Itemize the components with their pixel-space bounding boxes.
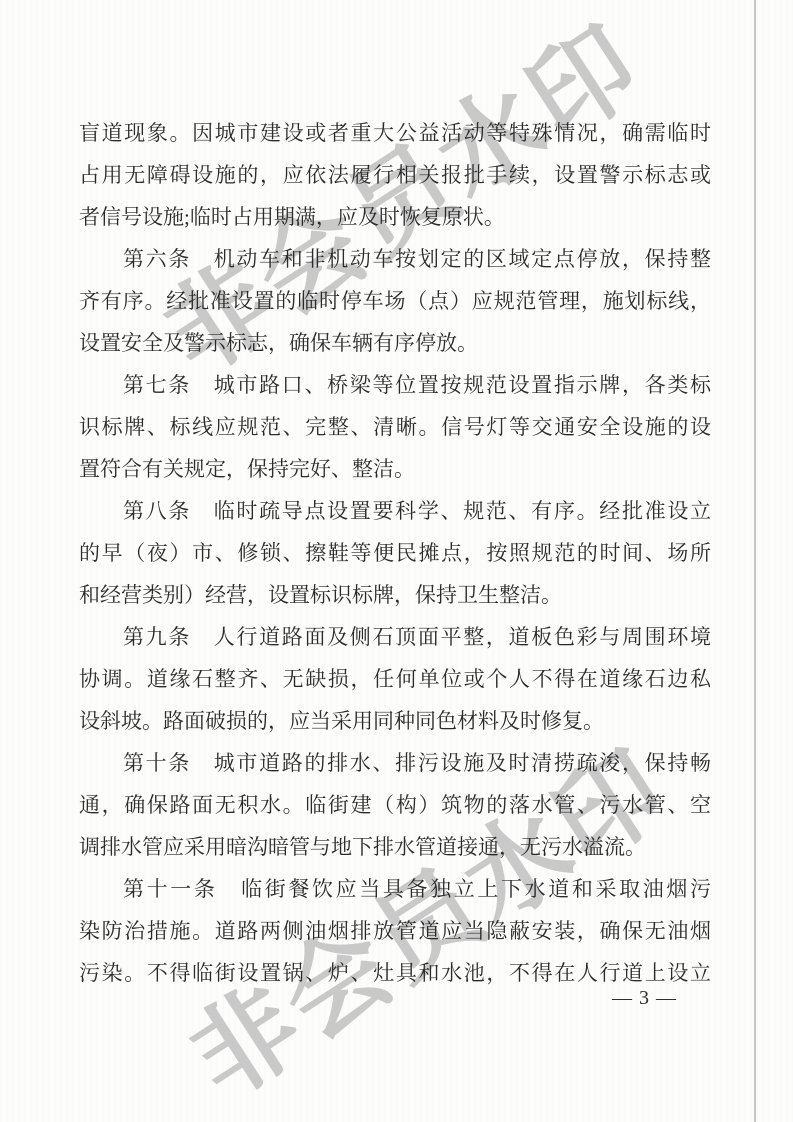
text-line: 第九条 人行道路面及侧石顶面平整，道板色彩与周围环境 xyxy=(79,616,711,658)
text-line: 占用无障碍设施的，应依法履行相关报批手续，设置警示标志或 xyxy=(79,154,711,196)
text-line: 调排水管应采用暗沟暗管与地下排水管道接通，无污水溢流。 xyxy=(79,826,711,868)
document-lines: 盲道现象。因城市建设或者重大公益活动等特殊情况，确需临时占用无障碍设施的，应依法… xyxy=(79,112,711,994)
text-line: 盲道现象。因城市建设或者重大公益活动等特殊情况，确需临时 xyxy=(79,112,711,154)
text-line: 设斜坡。路面破损的，应当采用同种同色材料及时修复。 xyxy=(79,700,711,742)
text-line: 置符合有关规定，保持完好、整洁。 xyxy=(79,448,711,490)
text-line: 和经营类别）经营，设置标识标牌，保持卫生整洁。 xyxy=(79,574,711,616)
text-line: 第六条 机动车和非机动车按划定的区域定点停放，保持整 xyxy=(79,238,711,280)
page-number: — 3 — xyxy=(612,986,677,1010)
text-line: 识标牌、标线应规范、完整、清晰。信号灯等交通安全设施的设 xyxy=(79,406,711,448)
scan-edge-line xyxy=(754,0,756,1122)
text-line: 齐有序。经批准设置的临时停车场（点）应规范管理，施划标线， xyxy=(79,280,711,322)
document-page: 非会员水印 非会员水印 盲道现象。因城市建设或者重大公益活动等特殊情况，确需临时… xyxy=(0,0,793,1122)
text-line: 第七条 城市路口、桥梁等位置按规范设置指示牌，各类标 xyxy=(79,364,711,406)
text-line: 染防治措施。道路两侧油烟排放管道应当隐蔽安装，确保无油烟 xyxy=(79,910,711,952)
text-line: 第十条 城市道路的排水、排污设施及时清捞疏浚，保持畅 xyxy=(79,742,711,784)
text-line: 设置安全及警示标志，确保车辆有序停放。 xyxy=(79,322,711,364)
text-line: 者信号设施;临时占用期满，应及时恢复原状。 xyxy=(79,196,711,238)
text-line: 第八条 临时疏导点设置要科学、规范、有序。经批准设立 xyxy=(79,490,711,532)
text-line: 通，确保路面无积水。临街建（构）筑物的落水管、污水管、空 xyxy=(79,784,711,826)
text-line: 的早（夜）市、修锁、擦鞋等便民摊点，按照规范的时间、场所 xyxy=(79,532,711,574)
text-line: 协调。道缘石整齐、无缺损，任何单位或个人不得在道缘石边私 xyxy=(79,658,711,700)
text-line: 第十一条 临街餐饮应当具备独立上下水道和采取油烟污 xyxy=(79,868,711,910)
